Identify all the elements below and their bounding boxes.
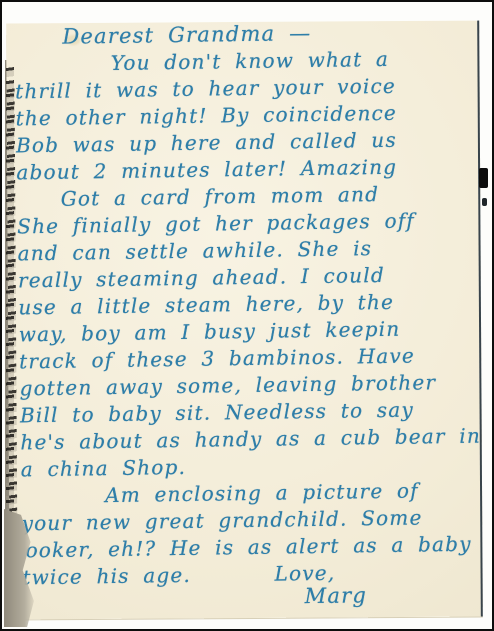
scan-artifact-small <box>482 198 487 206</box>
scan-artifact <box>479 168 488 188</box>
letter-paper: Dearest Grandma — You don't know what a … <box>6 21 483 620</box>
signature: Marg <box>305 580 483 610</box>
photo-frame: Dearest Grandma — You don't know what a … <box>0 0 494 631</box>
letter-line: twice his age. <box>22 562 191 591</box>
letter-text: Dearest Grandma — You don't know what a … <box>14 21 483 615</box>
